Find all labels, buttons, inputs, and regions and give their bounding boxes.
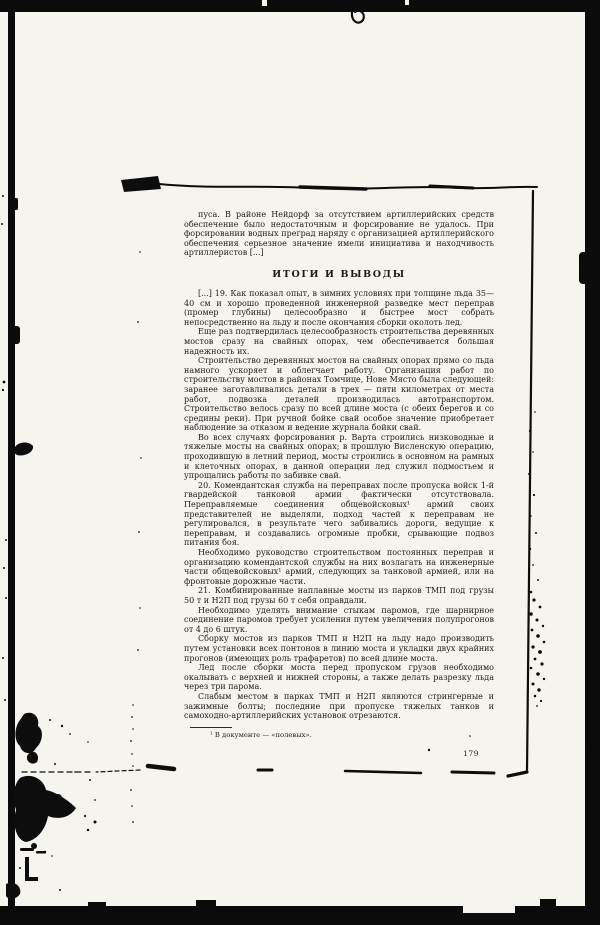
border-notch <box>405 0 409 5</box>
border-bump <box>14 326 20 344</box>
paragraph: [...] 19. Как показал опыт, в зимних усл… <box>184 289 494 327</box>
border-notch <box>262 0 267 6</box>
paragraph: Во всех случаях форсирования р. Варта ст… <box>184 433 494 481</box>
paragraph: 21. Комбинированные наплавные мосты из п… <box>184 586 494 605</box>
paragraph: Слабым местом в парках ТМП и Н2П являютс… <box>184 692 494 721</box>
paragraph: Еще раз подтвердилась целесообразность с… <box>184 327 494 356</box>
paragraph: Необходимо руководство строительством по… <box>184 548 494 586</box>
footnote-rule <box>190 727 232 728</box>
paragraph: Сборку мостов из парков ТМП и Н2П на льд… <box>184 634 494 663</box>
paragraph: Строительство деревянных мостов на свайн… <box>184 356 494 433</box>
border-bump <box>540 899 556 908</box>
scan-border-left <box>8 0 15 925</box>
footnote: ¹ В документе — «полевых». <box>184 731 494 740</box>
paragraph: Необходимо уделять внимание стыкам паром… <box>184 606 494 635</box>
scan-border-top <box>0 0 600 12</box>
paragraph: 20. Комендантская служба на переправах п… <box>184 481 494 548</box>
border-bump <box>14 198 18 210</box>
page-body: пуса. В районе Нейдорф за отсутствием ар… <box>184 210 494 759</box>
border-bump <box>88 902 106 908</box>
border-bump <box>196 900 216 908</box>
border-notch <box>463 903 515 913</box>
border-bump <box>579 252 587 284</box>
paragraph-intro: пуса. В районе Нейдорф за отсутствием ар… <box>184 210 494 258</box>
page-number: 179 <box>184 749 494 759</box>
scanned-document-page: пуса. В районе Нейдорф за отсутствием ар… <box>0 0 600 925</box>
paragraph: Лед после сборки моста перед пропуском г… <box>184 663 494 692</box>
section-heading: ИТОГИ И ВЫВОДЫ <box>184 269 494 280</box>
scan-border-right <box>585 0 600 925</box>
